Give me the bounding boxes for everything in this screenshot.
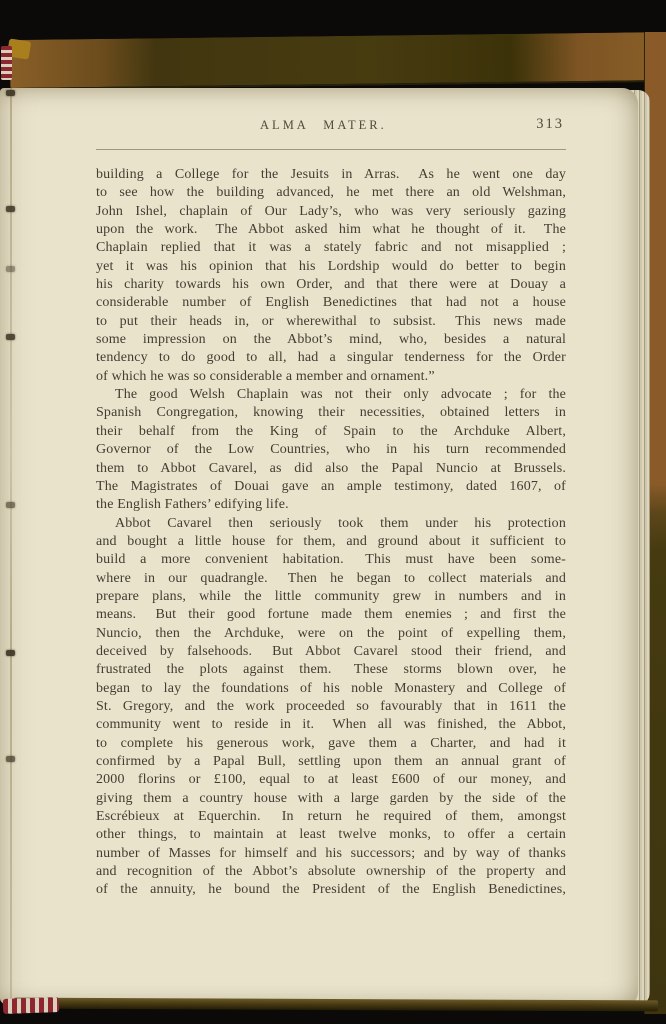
- text-line: community went to reside in it. When all…: [96, 716, 566, 734]
- text-line: build a more convenient habitation. This…: [96, 551, 566, 569]
- text-line: and recognition of the Abbot’s absolute …: [96, 863, 566, 881]
- text-line: deceived by falsehoods. But Abbot Cavare…: [96, 643, 566, 661]
- text-line: began to lay the foundations of his nobl…: [96, 680, 566, 698]
- book-cover-bottom-edge: [14, 998, 658, 1012]
- book-cover-top-edge: [10, 32, 666, 90]
- text-line: John Ishel, chaplain of Our Lady’s, who …: [96, 203, 566, 221]
- text-line: their behalf from the King of Spain to t…: [96, 423, 566, 441]
- text-line: number of Masses for himself and his suc…: [96, 845, 566, 863]
- text-line: of which he was so considerable a member…: [96, 368, 566, 386]
- stitch-mark: [6, 334, 15, 340]
- text-line: to see how the building advanced, he met…: [96, 184, 566, 202]
- headband-bottom-icon: [3, 997, 59, 1014]
- book-page: ALMA MATER. 313 building a College for t…: [0, 88, 638, 1004]
- printed-text-block: ALMA MATER. 313 building a College for t…: [96, 116, 566, 900]
- headband-top-icon: [1, 46, 12, 80]
- text-line: St. Gregory, and the work proceeded so f…: [96, 698, 566, 716]
- gutter-fold-line: [10, 88, 12, 1004]
- text-line: Escrébieux at Equerchin. In return he re…: [96, 808, 566, 826]
- stitch-mark: [6, 650, 15, 656]
- text-line: to put their heads in, or wherewithal to…: [96, 313, 566, 331]
- text-line: of the annuity, he bound the President o…: [96, 881, 566, 899]
- text-line: upon the work. The Abbot asked him what …: [96, 221, 566, 239]
- text-line: and bought a little house for them, and …: [96, 533, 566, 551]
- text-line: to complete his generous work, gave them…: [96, 735, 566, 753]
- text-line: considerable number of English Benedicti…: [96, 294, 566, 312]
- text-line: his charity towards his own Order, and t…: [96, 276, 566, 294]
- text-line: some impression on the Abbot’s mind, who…: [96, 331, 566, 349]
- page-number: 313: [536, 116, 564, 133]
- text-line: frustrated the plots against them. These…: [96, 661, 566, 679]
- text-line: giving them a country house with a large…: [96, 790, 566, 808]
- stitch-mark: [6, 206, 15, 212]
- stitch-mark: [6, 502, 15, 508]
- text-line: yet it was his opinion that his Lordship…: [96, 258, 566, 276]
- text-line: Spanish Congregation, knowing their nece…: [96, 404, 566, 422]
- text-line: tendency to do good to all, had a singul…: [96, 349, 566, 367]
- body-text: building a College for the Jesuits in Ar…: [96, 166, 566, 900]
- text-line: 2000 florins or £100, equal to at least …: [96, 771, 566, 789]
- text-line: The good Welsh Chaplain was not their on…: [96, 386, 566, 404]
- text-line: them to Abbot Cavarel, as did also the P…: [96, 460, 566, 478]
- text-line: other things, to maintain at least twelv…: [96, 826, 566, 844]
- text-line: The Magistrates of Douai gave an ample t…: [96, 478, 566, 496]
- stitch-mark: [6, 266, 15, 272]
- running-header: ALMA MATER. 313: [96, 116, 566, 136]
- text-line: Abbot Cavarel then seriously took them u…: [96, 515, 566, 533]
- text-line: Nuncio, then the Archduke, were on the p…: [96, 625, 566, 643]
- running-title: ALMA MATER.: [260, 118, 387, 133]
- text-line: prepare plans, while the little communit…: [96, 588, 566, 606]
- text-line: confirmed by a Papal Bull, settling upon…: [96, 753, 566, 771]
- text-line: building a College for the Jesuits in Ar…: [96, 166, 566, 184]
- stitch-mark: [6, 756, 15, 762]
- text-line: Governor of the Low Countries, who in hi…: [96, 441, 566, 459]
- text-line: Chaplain replied that it was a stately f…: [96, 239, 566, 257]
- header-rule: [96, 149, 566, 150]
- text-line: where in our quadrangle. Then he began t…: [96, 570, 566, 588]
- text-line: means. But their good fortune made them …: [96, 606, 566, 624]
- book-scan: ALMA MATER. 313 building a College for t…: [0, 0, 666, 1024]
- stitch-mark: [6, 90, 15, 96]
- text-line: the English Fathers’ edifying life.: [96, 496, 566, 514]
